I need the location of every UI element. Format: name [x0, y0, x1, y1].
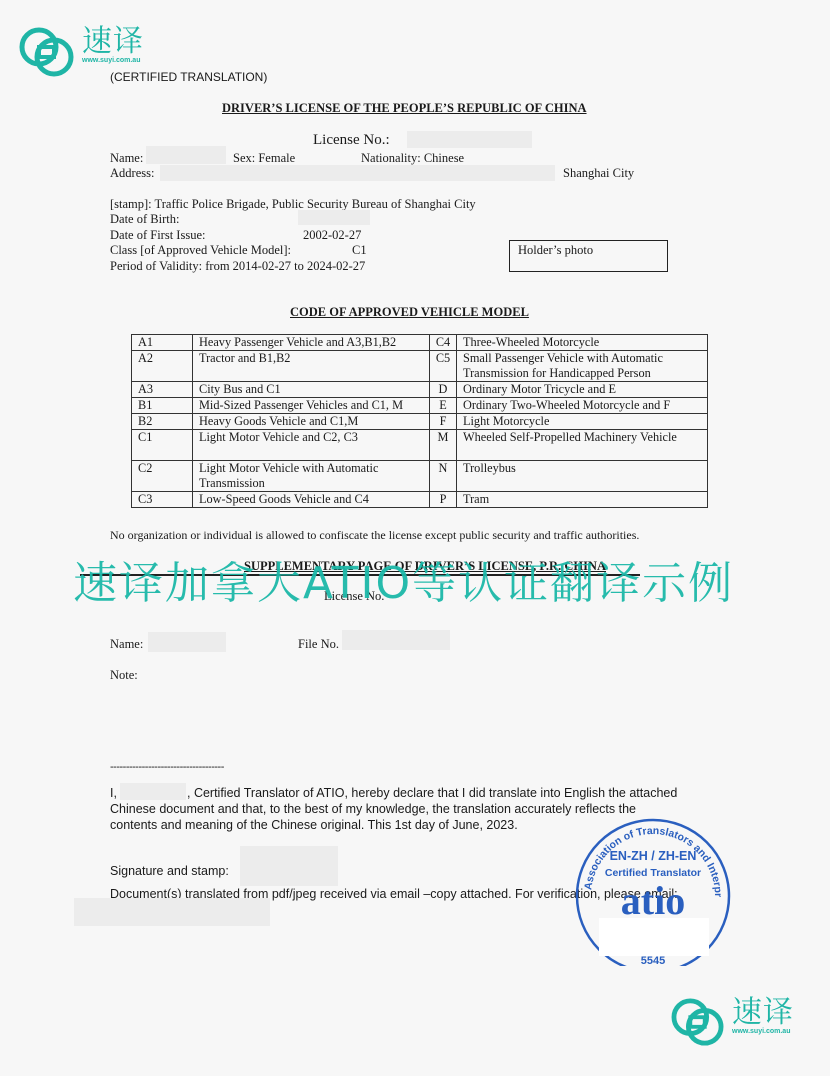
table-row: B2Heavy Goods Vehicle and C1,MFLight Mot… — [132, 414, 708, 430]
first-issue-value: 2002-02-27 — [303, 228, 361, 243]
note-label: Note: — [110, 668, 138, 683]
vehicle-description-cell: Trolleybus — [457, 461, 708, 492]
name-label: Name: — [110, 151, 143, 166]
table-row: C3Low-Speed Goods Vehicle and C4PTram — [132, 492, 708, 508]
vehicle-code-cell: A3 — [132, 382, 193, 398]
stamp-issuer: [stamp]: Traffic Police Brigade, Public … — [110, 197, 476, 212]
vehicle-code-cell: M — [430, 430, 457, 461]
vehicle-code-cell: A2 — [132, 351, 193, 382]
vehicle-code-cell: C2 — [132, 461, 193, 492]
signature-redacted — [240, 846, 338, 886]
vehicle-code-cell: C5 — [430, 351, 457, 382]
vehicle-code-cell: B1 — [132, 398, 193, 414]
vehicle-description-cell: Wheeled Self-Propelled Machinery Vehicle — [457, 430, 708, 461]
class-label: Class [of Approved Vehicle Model]: — [110, 243, 291, 258]
certified-label: (CERTIFIED TRANSLATION) — [110, 70, 267, 84]
email-redacted — [74, 898, 270, 926]
vehicle-description-cell: Low-Speed Goods Vehicle and C4 — [193, 492, 430, 508]
vehicle-description-cell: Ordinary Motor Tricycle and E — [457, 382, 708, 398]
supp-name-label: Name: — [110, 637, 143, 652]
table-row: A2Tractor and B1,B2C5Small Passenger Veh… — [132, 351, 708, 382]
file-no-label: File No. — [298, 637, 339, 652]
class-value: C1 — [352, 243, 367, 258]
table-row: C1Light Motor Vehicle and C2, C3MWheeled… — [132, 430, 708, 461]
declaration-line3: contents and meaning of the Chinese orig… — [110, 818, 518, 832]
vehicle-code-cell: N — [430, 461, 457, 492]
vehicle-description-cell: Mid-Sized Passenger Vehicles and C1, M — [193, 398, 430, 414]
holder-photo-label: Holder’s photo — [518, 243, 593, 258]
declaration-line1: , Certified Translator of ATIO, hereby d… — [187, 786, 677, 800]
nationality-field: Nationality: Chinese — [361, 151, 464, 166]
holder-photo-box: Holder’s photo — [509, 240, 668, 272]
vehicle-description-cell: Tram — [457, 492, 708, 508]
validity-field: Period of Validity: from 2014-02-27 to 2… — [110, 259, 365, 274]
vehicle-description-cell: Ordinary Two-Wheeled Motorcycle and F — [457, 398, 708, 414]
license-no-redacted — [407, 131, 532, 148]
file-no-redacted — [342, 630, 450, 650]
brand-logo-bottom: 速译 www.suyi.com.au — [670, 997, 794, 1047]
vehicle-description-cell: Heavy Goods Vehicle and C1,M — [193, 414, 430, 430]
vehicle-code-cell: A1 — [132, 335, 193, 351]
sex-field: Sex: Female — [233, 151, 295, 166]
license-no-label: License No.: — [313, 132, 390, 149]
signature-label: Signature and stamp: — [110, 864, 229, 878]
table-row: A3City Bus and C1DOrdinary Motor Tricycl… — [132, 382, 708, 398]
svg-text:5545: 5545 — [641, 955, 665, 966]
atio-stamp-seal-icon: Association of Translators and Interpret… — [573, 818, 733, 966]
name-redacted — [146, 146, 226, 164]
declaration-prefix: I, — [110, 786, 117, 800]
vehicle-code-cell: C3 — [132, 492, 193, 508]
translator-name-redacted — [120, 783, 186, 800]
declaration-rule: ------------------------------------ — [110, 761, 224, 773]
table-row: C2Light Motor Vehicle with Automatic Tra… — [132, 461, 708, 492]
doc-title: DRIVER’S LICENSE OF THE PEOPLE’S REPUBLI… — [222, 101, 587, 116]
dob-label: Date of Birth: — [110, 212, 179, 227]
vehicle-code-cell: F — [430, 414, 457, 430]
vehicle-description-cell: Light Motorcycle — [457, 414, 708, 430]
vehicle-codes-table: A1Heavy Passenger Vehicle and A3,B1,B2C4… — [131, 334, 708, 508]
vehicle-code-cell: C4 — [430, 335, 457, 351]
codes-title: CODE OF APPROVED VEHICLE MODEL — [290, 305, 529, 320]
vehicle-code-cell: B2 — [132, 414, 193, 430]
vehicle-description-cell: Tractor and B1,B2 — [193, 351, 430, 382]
supp-name-redacted — [148, 632, 226, 652]
brand-logo-icon — [18, 26, 76, 78]
brand-name: 速译 — [82, 26, 144, 58]
vehicle-code-cell: C1 — [132, 430, 193, 461]
address-label: Address: — [110, 166, 154, 181]
brand-url: www.suyi.com.au — [82, 57, 144, 64]
address-city: Shanghai City — [563, 166, 634, 181]
first-issue-label: Date of First Issue: — [110, 228, 205, 243]
brand-url: www.suyi.com.au — [732, 1028, 794, 1035]
dob-redacted — [298, 210, 370, 225]
address-redacted — [160, 165, 555, 181]
declaration-line2: Chinese document and that, to the best o… — [110, 802, 636, 816]
vehicle-description-cell: Light Motor Vehicle with Automatic Trans… — [193, 461, 430, 492]
table-row: B1Mid-Sized Passenger Vehicles and C1, M… — [132, 398, 708, 414]
vehicle-description-cell: City Bus and C1 — [193, 382, 430, 398]
brand-name: 速译 — [732, 997, 794, 1029]
vehicle-code-cell: D — [430, 382, 457, 398]
vehicle-code-cell: P — [430, 492, 457, 508]
vehicle-code-cell: E — [430, 398, 457, 414]
vehicle-description-cell: Heavy Passenger Vehicle and A3,B1,B2 — [193, 335, 430, 351]
vehicle-description-cell: Small Passenger Vehicle with Automatic T… — [457, 351, 708, 382]
atio-stamp: Association of Translators and Interpret… — [573, 818, 733, 966]
vehicle-description-cell: Light Motor Vehicle and C2, C3 — [193, 430, 430, 461]
table-row: A1Heavy Passenger Vehicle and A3,B1,B2C4… — [132, 335, 708, 351]
notice-text: No organization or individual is allowed… — [110, 528, 639, 543]
vehicle-description-cell: Three-Wheeled Motorcycle — [457, 335, 708, 351]
svg-text:EN-ZH / ZH-EN: EN-ZH / ZH-EN — [610, 849, 697, 863]
watermark-text: 速译加拿大ATIO等认证翻译示例 — [73, 556, 734, 612]
svg-text:atio: atio — [621, 878, 685, 923]
brand-logo-icon — [670, 997, 726, 1047]
